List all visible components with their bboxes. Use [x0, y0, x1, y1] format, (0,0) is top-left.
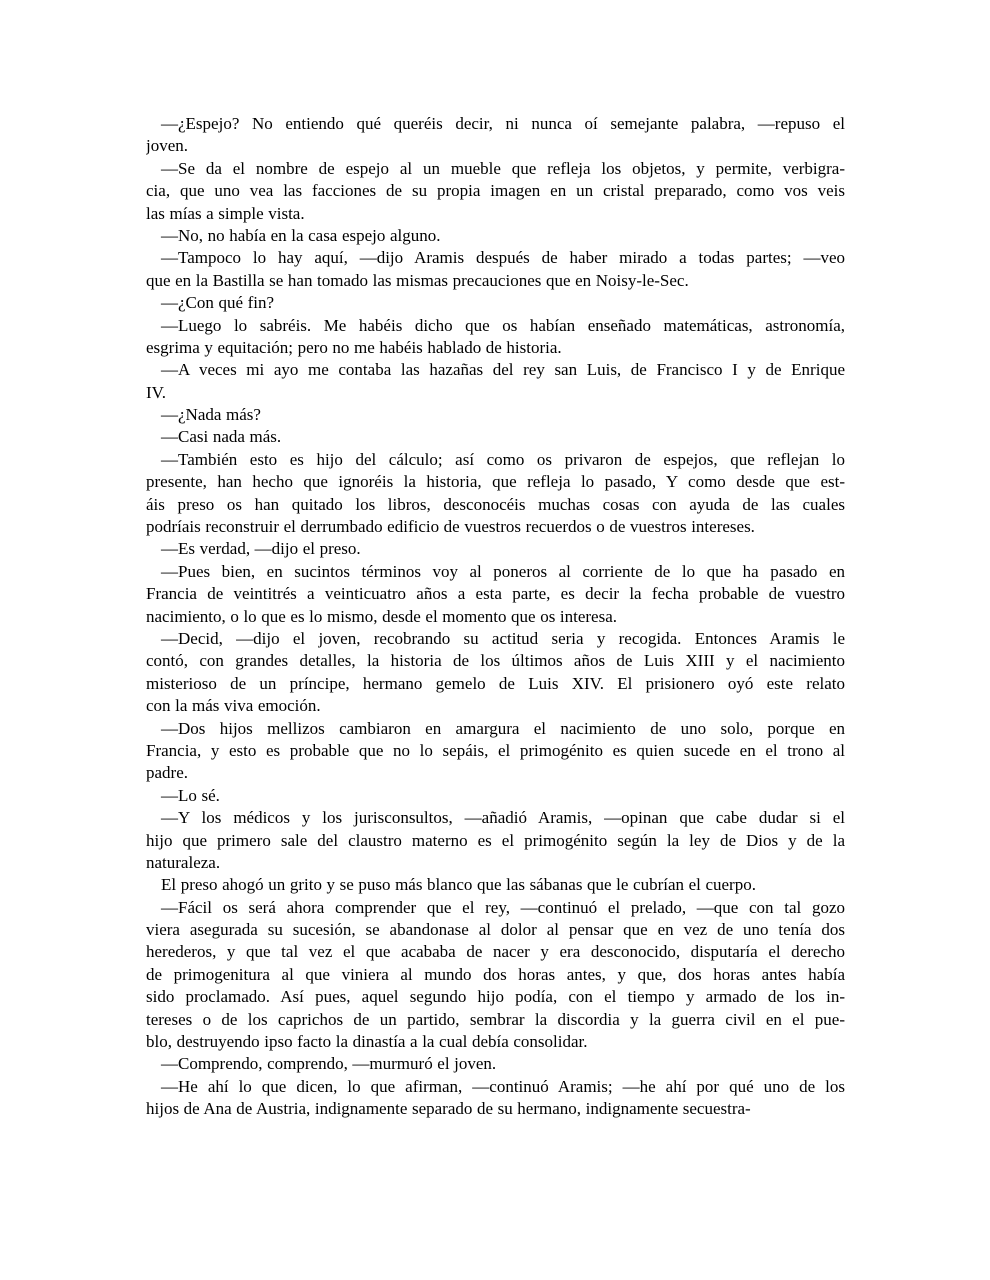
paragraph: —Y los médicos y los jurisconsultos, —añ…: [146, 807, 845, 874]
text-line: con la más viva emoción.: [146, 695, 845, 717]
text-line: naturaleza.: [146, 852, 845, 874]
paragraph: —Pues bien, en sucintos términos voy al …: [146, 561, 845, 628]
text-line: áis preso os han quitado los libros, des…: [146, 494, 845, 516]
text-line: —¿Espejo? No entiendo qué queréis decir,…: [146, 113, 845, 135]
text-line: esgrima y equitación; pero no me habéis …: [146, 337, 845, 359]
text-line: —He ahí lo que dicen, lo que afirman, —c…: [146, 1076, 845, 1098]
text-line: joven.: [146, 135, 845, 157]
text-line: padre.: [146, 762, 845, 784]
text-line: —Es verdad, —dijo el preso.: [146, 538, 845, 560]
paragraph: —¿Con qué fin?: [146, 292, 845, 314]
paragraph: —Lo sé.: [146, 785, 845, 807]
text-line: —¿Con qué fin?: [146, 292, 845, 314]
paragraph: —No, no había en la casa espejo alguno.: [146, 225, 845, 247]
text-line: que en la Bastilla se han tomado las mis…: [146, 270, 845, 292]
text-line: nacimiento, o lo que es lo mismo, desde …: [146, 606, 845, 628]
text-line: —Dos hijos mellizos cambiaron en amargur…: [146, 718, 845, 740]
text-line: —Casi nada más.: [146, 426, 845, 448]
text-line: —Lo sé.: [146, 785, 845, 807]
text-line: Francia, y esto es probable que no lo se…: [146, 740, 845, 762]
text-line: —Comprendo, comprendo, —murmuró el joven…: [146, 1053, 845, 1075]
paragraph: —Tampoco lo hay aquí, —dijo Aramis despu…: [146, 247, 845, 292]
text-line: —Y los médicos y los jurisconsultos, —añ…: [146, 807, 845, 829]
text-line: —Tampoco lo hay aquí, —dijo Aramis despu…: [146, 247, 845, 269]
text-line: presente, han hecho que ignoréis la hist…: [146, 471, 845, 493]
text-line: blo, destruyendo ipso facto la dinastía …: [146, 1031, 845, 1053]
text-line: IV.: [146, 382, 845, 404]
text-line: hijo que primero sale del claustro mater…: [146, 830, 845, 852]
document-page: { "page": { "background": "#ffffff", "te…: [0, 0, 990, 1280]
paragraph: —Es verdad, —dijo el preso.: [146, 538, 845, 560]
text-line: hijos de Ana de Austria, indignamente se…: [146, 1098, 845, 1120]
text-line: cia, que uno vea las facciones de su pro…: [146, 180, 845, 202]
text-line: tereses o de los caprichos de un partido…: [146, 1009, 845, 1031]
paragraph: —He ahí lo que dicen, lo que afirman, —c…: [146, 1076, 845, 1121]
text-line: misterioso de un príncipe, hermano gemel…: [146, 673, 845, 695]
text-line: de primogenitura al que viniera al mundo…: [146, 964, 845, 986]
paragraph: —Dos hijos mellizos cambiaron en amargur…: [146, 718, 845, 785]
text-line: podríais reconstruir el derrumbado edifi…: [146, 516, 845, 538]
paragraph: —Casi nada más.: [146, 426, 845, 448]
text-line: —También esto es hijo del cálculo; así c…: [146, 449, 845, 471]
text-line: contó, con grandes detalles, la historia…: [146, 650, 845, 672]
text-line: El preso ahogó un grito y se puso más bl…: [146, 874, 845, 896]
text-line: Francia de veintitrés a veinticuatro año…: [146, 583, 845, 605]
paragraph: —También esto es hijo del cálculo; así c…: [146, 449, 845, 539]
text-line: —Se da el nombre de espejo al un mueble …: [146, 158, 845, 180]
text-line: viera asegurada su sucesión, se abandona…: [146, 919, 845, 941]
text-line: —Luego lo sabréis. Me habéis dicho que o…: [146, 315, 845, 337]
paragraph: —Fácil os será ahora comprender que el r…: [146, 897, 845, 1054]
paragraph: —¿Espejo? No entiendo qué queréis decir,…: [146, 113, 845, 158]
text-line: —Decid, —dijo el joven, recobrando su ac…: [146, 628, 845, 650]
text-line: —No, no había en la casa espejo alguno.: [146, 225, 845, 247]
paragraph: —Decid, —dijo el joven, recobrando su ac…: [146, 628, 845, 718]
text-line: herederos, y que tal vez el que acababa …: [146, 941, 845, 963]
text-line: —A veces mi ayo me contaba las hazañas d…: [146, 359, 845, 381]
text-line: —¿Nada más?: [146, 404, 845, 426]
paragraph: —Luego lo sabréis. Me habéis dicho que o…: [146, 315, 845, 360]
text-line: sido proclamado. Así pues, aquel segundo…: [146, 986, 845, 1008]
paragraph: El preso ahogó un grito y se puso más bl…: [146, 874, 845, 896]
text-column: —¿Espejo? No entiendo qué queréis decir,…: [146, 113, 845, 1121]
paragraph: —¿Nada más?: [146, 404, 845, 426]
text-line: las mías a simple vista.: [146, 203, 845, 225]
paragraph: —A veces mi ayo me contaba las hazañas d…: [146, 359, 845, 404]
paragraph: —Comprendo, comprendo, —murmuró el joven…: [146, 1053, 845, 1075]
text-line: —Fácil os será ahora comprender que el r…: [146, 897, 845, 919]
text-line: —Pues bien, en sucintos términos voy al …: [146, 561, 845, 583]
paragraph: —Se da el nombre de espejo al un mueble …: [146, 158, 845, 225]
